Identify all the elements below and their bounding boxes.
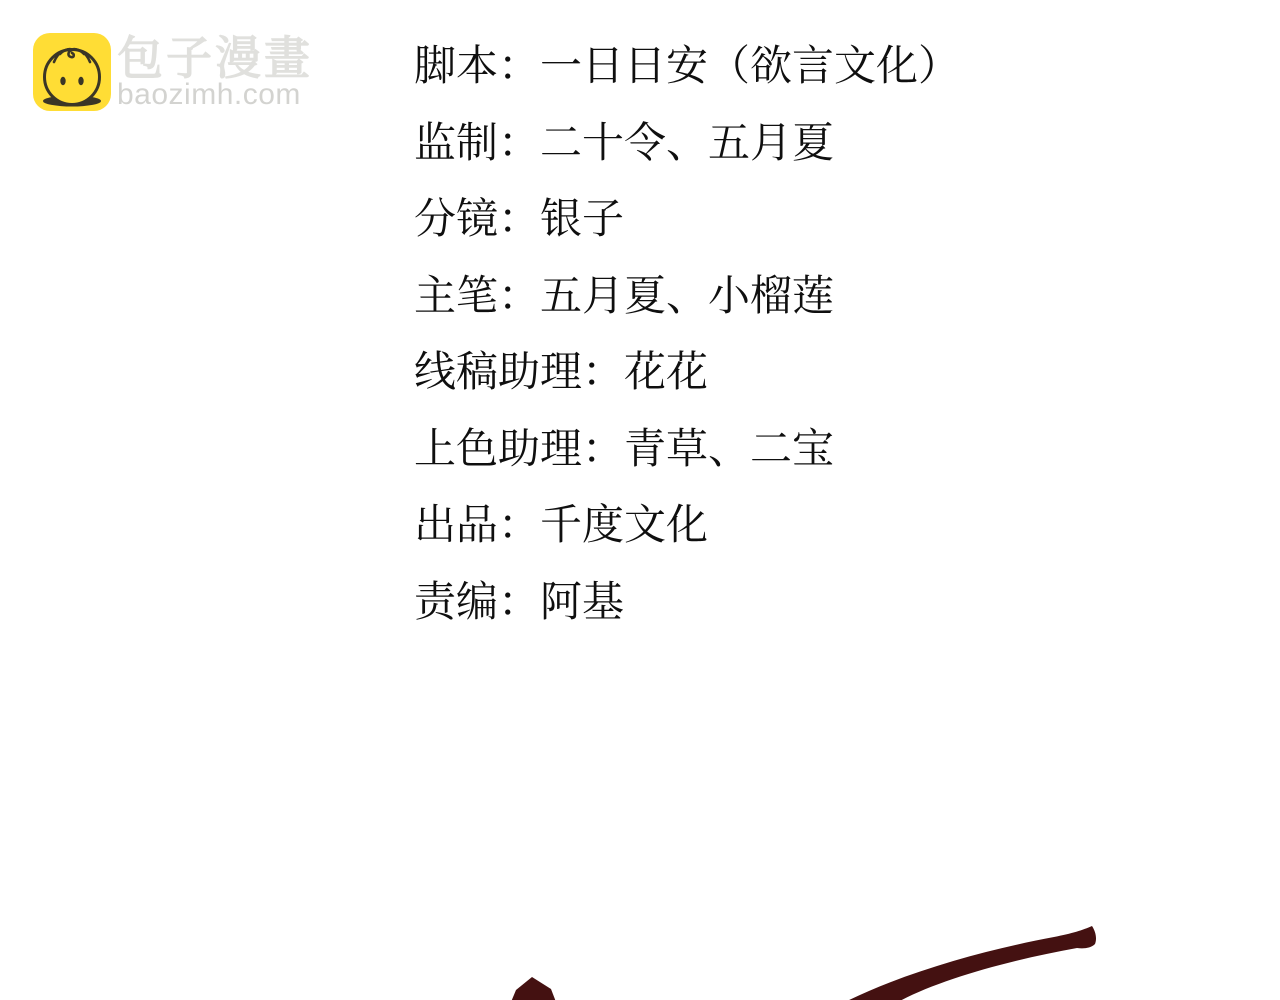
credits-block: 脚本：一日日安（欲言文化） 监制：二十令、五月夏 分镜：银子 主笔：五月夏、小榴… bbox=[414, 28, 960, 640]
baozi-logo-icon bbox=[33, 33, 111, 111]
site-watermark: 包子漫畫 baozimh.com bbox=[33, 33, 313, 111]
credit-line-script: 脚本：一日日安（欲言文化） bbox=[414, 28, 960, 105]
credit-line-coloring-assistant: 上色助理：青草、二宝 bbox=[414, 411, 960, 488]
credit-line-lineart-assistant: 线稿助理：花花 bbox=[414, 334, 960, 411]
comic-credits-page: 包子漫畫 baozimh.com 脚本：一日日安（欲言文化） 监制：二十令、五月… bbox=[0, 0, 1280, 1000]
credit-line-editor: 责编：阿基 bbox=[414, 564, 960, 641]
watermark-text: 包子漫畫 baozimh.com bbox=[117, 33, 313, 110]
credit-line-storyboard: 分镜：银子 bbox=[414, 181, 960, 258]
bottom-artwork bbox=[0, 880, 1280, 1000]
credit-line-producer: 出品：千度文化 bbox=[414, 487, 960, 564]
credit-line-supervisor: 监制：二十令、五月夏 bbox=[414, 105, 960, 182]
brush-stroke-shape bbox=[845, 926, 1096, 1000]
site-domain: baozimh.com bbox=[117, 80, 313, 110]
site-name: 包子漫畫 bbox=[117, 33, 313, 83]
credit-line-lead-artist: 主笔：五月夏、小榴莲 bbox=[414, 258, 960, 335]
wedge-shape bbox=[511, 977, 556, 1000]
